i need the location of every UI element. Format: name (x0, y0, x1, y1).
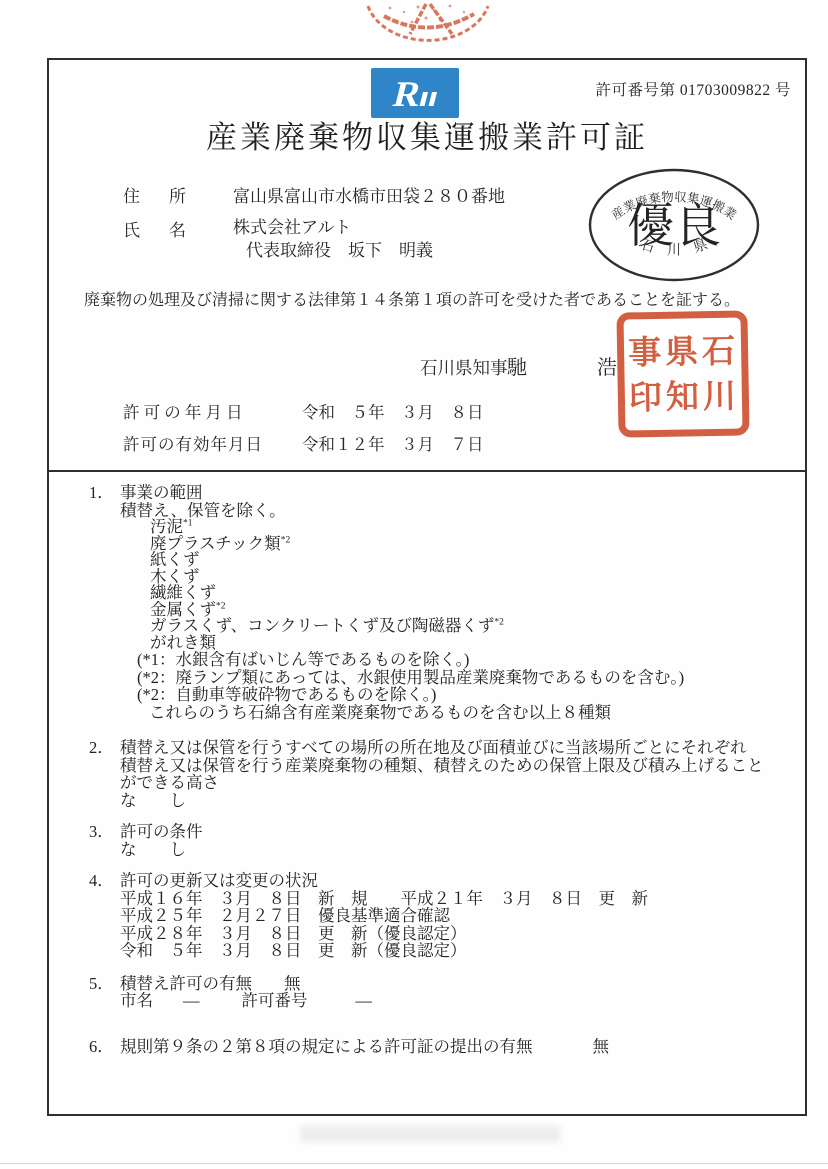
renewal-history-line: 平成２８年 ３月 ８日 更 新（優良認定） (120, 925, 805, 943)
waste-association-logo: R (371, 68, 459, 118)
section4-title: 許可の更新又は変更の状況 (120, 871, 318, 890)
grant-date-label: 許 可 の 年 月 日 (123, 399, 243, 423)
section-transfer-storage: 2．積替え又は保管を行うすべての場所の所在地及び面積並びに当該場所ごとにそれぞれ… (49, 739, 805, 809)
footnote: (*2：自動車等破砕物であるものを除く。) (137, 686, 805, 704)
governor-family-name: 馳 (507, 351, 527, 380)
section2-line: 2．積替え又は保管を行うすべての場所の所在地及び面積並びに当該場所ごとにそれぞれ (49, 739, 805, 757)
permit-number-value: ― (356, 992, 373, 1010)
section-permit-conditions: 3．許可の条件 な し (49, 823, 805, 858)
renewal-history-line: 平成１６年 ３月 ８日 新 規 平成２１年 ３月 ８日 更 新 (120, 890, 805, 908)
section5-value: 無 (284, 975, 301, 993)
certification-sentence: 廃棄物の処理及び清掃に関する法律第１４条第１項の許可を受けた者であることを証する… (84, 287, 740, 310)
section2-number: 2． (89, 739, 120, 757)
representative-name: 代表取締役 坂下 明義 (246, 236, 433, 261)
section6-heading: 6．規則第９条の２第８項の規定による許可証の提出の有無無 (49, 1038, 805, 1056)
document-title: 産業廃棄物収集運搬業許可証 (49, 112, 805, 157)
footnote: (*2：廃ランプ類にあっては、水銀使用製品産業廃棄物であるものを含む。) (137, 669, 805, 687)
section3-number: 3． (89, 823, 120, 841)
address-label: 住 所 (123, 182, 192, 207)
waste-item: 紙くず (150, 552, 805, 569)
section3-heading: 3．許可の条件 (49, 823, 805, 841)
company-name: 株式会社アルト (233, 213, 351, 238)
city-value: ― (183, 992, 200, 1010)
section4-number: 4． (89, 872, 120, 890)
section2-value: な し (49, 792, 805, 810)
section1-tail: これらのうち石綿含有産業廃棄物であるものを含む以上８種類 (49, 704, 805, 722)
renewal-history-line: 平成２５年 ２月２７日 優良基準適合確認 (120, 907, 805, 925)
waste-item: ガラスくず、コンクリートくず及び陶磁器くず*2 (150, 618, 805, 635)
seal-char: 石 (702, 334, 736, 371)
section-divider (48, 470, 806, 472)
section6-value: 無 (593, 1038, 610, 1056)
waste-item: 木くず (150, 569, 805, 586)
scan-smudge (300, 1126, 560, 1142)
section3-title: 許可の条件 (120, 822, 203, 841)
section-certificate-submission: 6．規則第９条の２第８項の規定による許可証の提出の有無無 (49, 1038, 805, 1056)
section5-title: 積替え許可の有無 (120, 974, 252, 993)
waste-item: 廃プラスチック類*2 (150, 536, 805, 553)
section-transfer-permit: 5．積替え許可の有無無 市名―許可番号― (49, 975, 805, 1010)
governor-title: 石川県知事 (420, 355, 508, 380)
section1-number: 1． (89, 484, 120, 502)
seal-char: 知 (666, 379, 700, 417)
footnote: (*1：水銀含有ばいじん等であるものを除く。) (137, 651, 805, 669)
permit-body: 1．事業の範囲 積替え、保管を除く。 汚泥*1廃プラスチック類*2紙くず木くず繊… (49, 484, 805, 1055)
seal-char: 事 (628, 334, 662, 372)
name-label: 氏 名 (123, 216, 192, 241)
section1-title: 事業の範囲 (120, 483, 203, 502)
valid-date-label: 許可の有効年月日 (123, 431, 263, 455)
section2-line: ができる高さ (49, 774, 805, 792)
renewal-history-line: 令和 ５年 ３月 ８日 更 新（優良認定） (120, 942, 805, 960)
section3-value: な し (49, 841, 805, 859)
document-border-box: R 許可番号第 01703009822 号 産業廃棄物収集運搬業許可証 住 所 … (47, 58, 807, 1116)
section5-number: 5． (89, 975, 120, 993)
partial-red-stamp-icon (360, 0, 496, 58)
seal-char: 川 (703, 379, 737, 416)
seal-char: 県 (665, 334, 699, 372)
excellent-certification-stamp: 産業廃棄物収集運搬業 優良 石 川 県 (587, 166, 761, 284)
section2-lines: 2．積替え又は保管を行うすべての場所の所在地及び面積並びに当該場所ごとにそれぞれ… (49, 739, 805, 792)
grant-date-value: 令和 ５年 ３月 ８日 (302, 399, 484, 423)
address-value: 富山県富山市水橋市田袋２８０番地 (233, 182, 505, 207)
renewal-history: 平成１６年 ３月 ８日 新 規 平成２１年 ３月 ８日 更 新平成２５年 ２月２… (49, 890, 805, 960)
valid-date-value: 令和１２年 ３月 ７日 (302, 431, 484, 455)
waste-item: がれき類 (150, 635, 805, 652)
governor-given-name: 浩 (597, 351, 617, 380)
section6-number: 6． (89, 1038, 120, 1056)
permit-number-label: 許可番号 (242, 992, 308, 1010)
section1-heading: 1．事業の範囲 (49, 484, 805, 502)
section5-detail: 市名―許可番号― (49, 992, 805, 1010)
section5-heading: 5．積替え許可の有無無 (49, 975, 805, 993)
governor-seal-stamp: 石 川 県 知 事 印 (616, 310, 750, 438)
section2-line: 積替え又は保管を行う産業廃棄物の種類、積替えのための保管上限及び積み上げること (49, 757, 805, 775)
section6-title: 規則第９条の２第８項の規定による許可証の提出の有無 (120, 1037, 533, 1056)
section-renewal-history: 4．許可の更新又は変更の状況 平成１６年 ３月 ８日 新 規 平成２１年 ３月 … (49, 872, 805, 960)
city-label: 市名 (120, 991, 153, 1010)
waste-item: 繊維くず (150, 585, 805, 602)
waste-items: 汚泥*1廃プラスチック類*2紙くず木くず繊維くず金属くず*2ガラスくず、コンクリ… (49, 519, 805, 651)
section4-heading: 4．許可の更新又は変更の状況 (49, 872, 805, 890)
footnotes: (*1：水銀含有ばいじん等であるものを除く。)(*2：廃ランプ類にあっては、水銀… (49, 651, 805, 704)
seal-char: 印 (629, 379, 663, 417)
permit-document-page: R 許可番号第 01703009822 号 産業廃棄物収集運搬業許可証 住 所 … (0, 0, 828, 1169)
scan-artifact-line (0, 1163, 828, 1164)
section-business-scope: 1．事業の範囲 積替え、保管を除く。 汚泥*1廃プラスチック類*2紙くず木くず繊… (49, 484, 805, 721)
permit-number: 許可番号第 01703009822 号 (595, 78, 791, 100)
